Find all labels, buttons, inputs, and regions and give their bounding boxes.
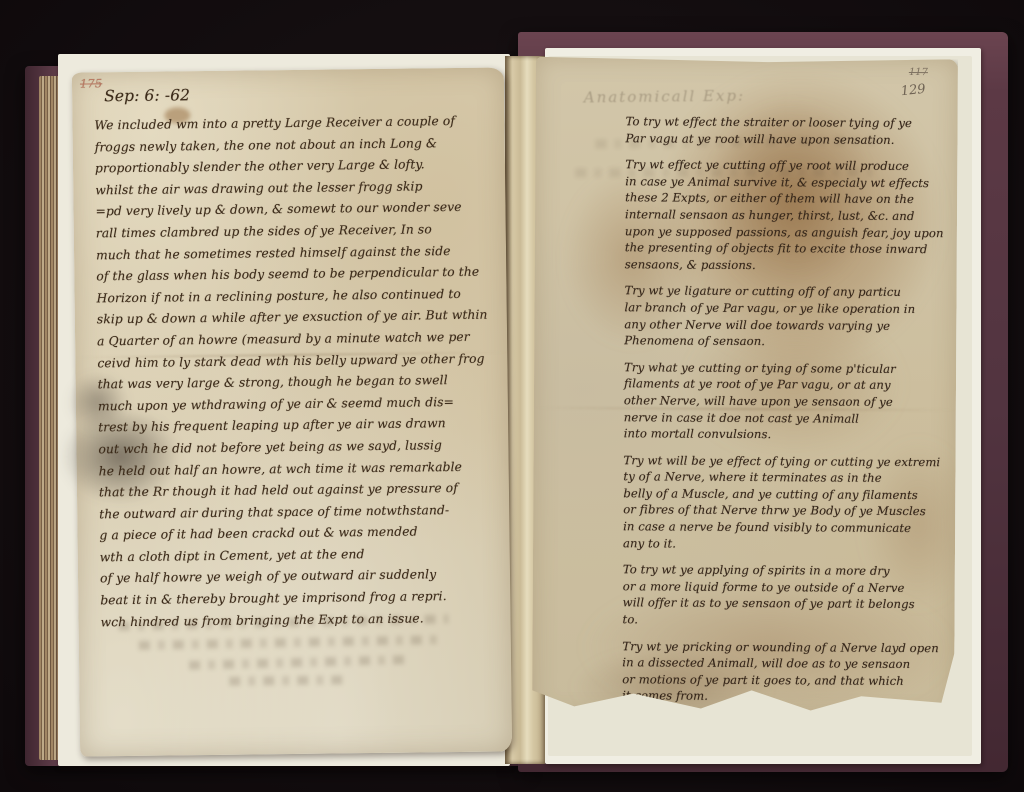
entry-body-lines: We included wm into a pretty Large Recei… — [94, 111, 500, 634]
bleed-through-text — [189, 655, 409, 670]
manuscript-line: Try what ye cutting or tying of some p't… — [624, 359, 954, 378]
manuscript-line: or a more liquid forme to ye outside of … — [623, 578, 953, 597]
memoranda-lines: To try wt effect the straiter or looser … — [622, 113, 956, 706]
handwritten-memoranda: To try wt effect the straiter or looser … — [622, 113, 956, 706]
manuscript-line: other Nerve, will have upon ye sensaon o… — [624, 392, 954, 411]
manuscript-line: or fibres of that Nerve thrw ye Body of … — [623, 502, 953, 521]
manuscript-line: sensaons, & passions. — [625, 256, 955, 275]
manuscript-line: Par vagu at ye root will have upon sensa… — [625, 130, 955, 149]
manuscript-line: in case ye Animal survive it, & especial… — [625, 173, 955, 192]
manuscript-photo: 175 Sep: 6: -62 We included wm into a pr… — [0, 0, 1024, 792]
manuscript-line: these 2 Expts, or either of them will ha… — [625, 190, 955, 209]
manuscript-line: any other Nerve will doe towards varying… — [624, 316, 954, 335]
manuscript-line: To try wt effect the straiter or looser … — [626, 113, 956, 132]
manuscript-line: or motions of ye part it goes to, and th… — [622, 671, 952, 690]
manuscript-line: Try wt ye pricking or wounding of a Nerv… — [622, 638, 952, 657]
manuscript-line: To try wt ye applying of spirits in a mo… — [623, 562, 953, 581]
manuscript-line: in case a nerve be found visibly to comm… — [623, 518, 953, 537]
folio-number-cancelled: 117 — [909, 67, 928, 78]
handwritten-entry: Sep: 6: -62 We included wm into a pretty… — [94, 80, 501, 634]
folio-number: 129 — [900, 82, 926, 99]
faded-page-header: Anatomicall Exp: — [584, 87, 745, 107]
manuscript-line: Try wt effect ye cutting off ye root wil… — [625, 156, 955, 175]
manuscript-line: will offer it as to ye sensaon of ye par… — [623, 595, 953, 614]
manuscript-line: filaments at ye root of ye Par vagu, or … — [624, 376, 954, 395]
manuscript-line: into mortall convulsions. — [624, 425, 954, 444]
manuscript-line: lar branch of ye Par vagu, or ye like op… — [624, 299, 954, 318]
manuscript-line: nerve in case it doe not cast ye Animall — [624, 409, 954, 428]
manuscript-line: ty of a Nerve, where it terminates as in… — [623, 469, 953, 488]
manuscript-line: Try wt will be ye effect of tying or cut… — [624, 452, 954, 471]
entry-date-heading: Sep: 6: -62 — [104, 80, 494, 109]
manuscript-line: the presenting of objects fit to excite … — [625, 239, 955, 258]
manuscript-page-right: Anatomicall Exp: 117 129 To try wt effec… — [532, 57, 958, 720]
manuscript-line: Try wt ye ligature or cutting off of any… — [625, 283, 955, 302]
manuscript-line: upon ye supposed passions, as anguish fe… — [625, 223, 955, 242]
manuscript-line: Phenomena of sensaon. — [624, 332, 954, 351]
manuscript-page-left: 175 Sep: 6: -62 We included wm into a pr… — [72, 67, 512, 756]
manuscript-line: in a dissected Animall, will doe as to y… — [622, 654, 952, 673]
bleed-through-text — [229, 675, 349, 685]
manuscript-line: any to it. — [623, 535, 953, 554]
manuscript-line: internall sensaon as hunger, thirst, lus… — [625, 206, 955, 225]
bleed-through-text — [139, 635, 439, 650]
manuscript-line: to. — [623, 611, 953, 630]
manuscript-line: belly of a Muscle, and ye cutting of any… — [623, 485, 953, 504]
